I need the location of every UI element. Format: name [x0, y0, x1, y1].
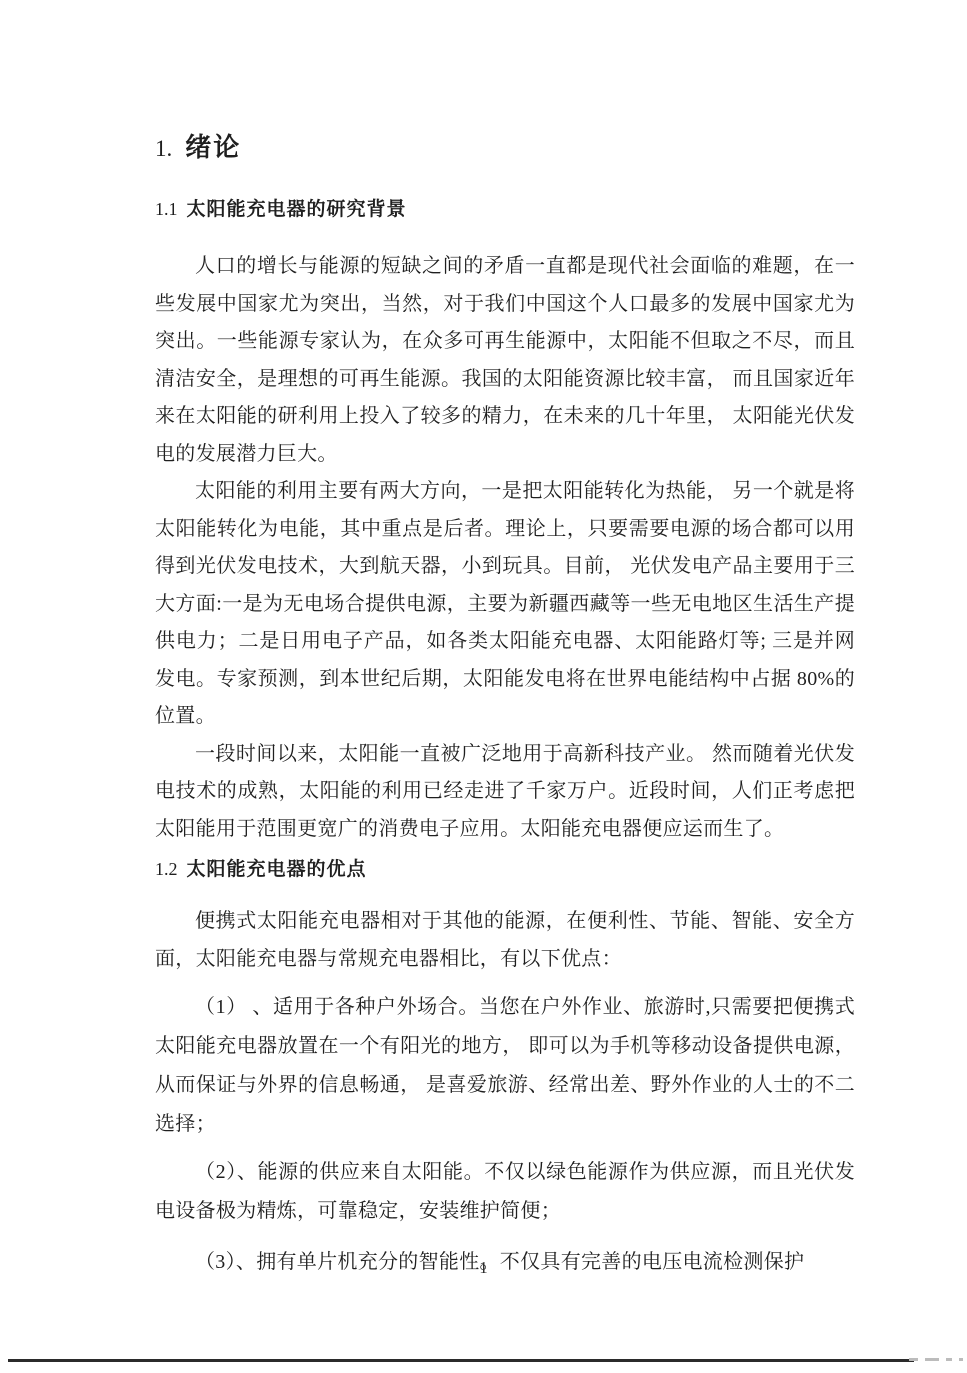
paragraph: 人口的增长与能源的短缺之间的矛盾一直都是现代社会面临的难题，在一些发展中国家尤为… [155, 248, 855, 473]
chapter-title: 1.绪论 [155, 130, 855, 166]
section-heading-1-2: 1.2太阳能充电器的优点 [155, 856, 855, 883]
section-number: 1.2 [155, 859, 178, 879]
section-heading-1-1: 1.1太阳能充电器的研究背景 [155, 196, 855, 223]
page-number: 1 [0, 1258, 967, 1278]
chapter-number: 1. [155, 136, 172, 161]
document-page: 1.绪论 1.1太阳能充电器的研究背景 人口的增长与能源的短缺之间的矛盾一直都是… [0, 0, 967, 1373]
paragraph: 太阳能的利用主要有两大方向，一是把太阳能转化为热能， 另一个就是将太阳能转化为电… [155, 473, 855, 736]
footer-rule [8, 1359, 914, 1362]
list-item-1: （1） 、适用于各种户外场合。当您在户外作业、旅游时,只需要把便携式太阳能充电器… [155, 988, 855, 1144]
list-item-2: （2）、能源的供应来自太阳能。不仅以绿色能源作为供应源，而且光伏发电设备极为精炼… [155, 1153, 855, 1231]
section-number: 1.1 [155, 199, 178, 219]
paragraph: 一段时间以来，太阳能一直被广泛地用于高新科技产业。 然而随着光伏发电技术的成熟，… [155, 736, 855, 849]
page-content: 1.绪论 1.1太阳能充电器的研究背景 人口的增长与能源的短缺之间的矛盾一直都是… [155, 130, 855, 1282]
section-heading-text: 太阳能充电器的优点 [187, 859, 367, 880]
scan-artifact-marks [909, 1358, 963, 1361]
section-heading-text: 太阳能充电器的研究背景 [187, 199, 407, 220]
chapter-title-text: 绪论 [185, 132, 241, 162]
paragraph: 便携式太阳能充电器相对于其他的能源，在便利性、节能、智能、安全方面，太阳能充电器… [155, 903, 855, 978]
